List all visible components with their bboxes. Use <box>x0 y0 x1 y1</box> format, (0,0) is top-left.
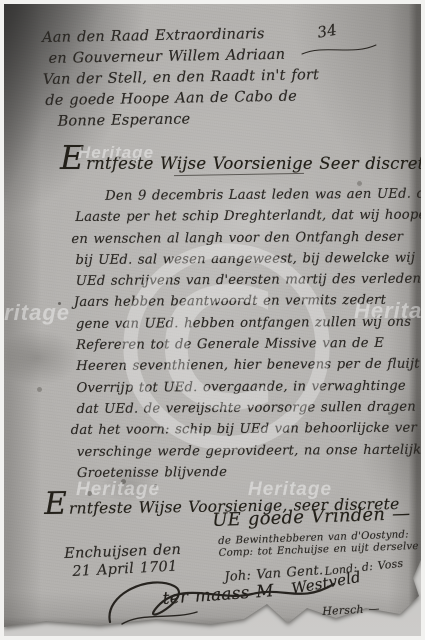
text-line: bij UEd. sal wesen aangeweest, bij dewel… <box>75 247 421 271</box>
text-line: verschinge werde geprovideert, na onse h… <box>77 439 421 463</box>
text-line: UEd schrijvens van d'eersten martij des … <box>76 269 421 293</box>
text-line: dat UEd. de vereijschte voorsorge sullen… <box>76 396 421 420</box>
body-text-block: Den 9 decembris Laast leden was aen UEd.… <box>75 183 421 484</box>
text-line: en wenschen al langh voor den Ontfangh d… <box>71 226 421 250</box>
text-line: Den 9 decembris Laast leden was aen UEd.… <box>105 183 421 207</box>
document-photo-page: { "folio_number": "34", "address_lines":… <box>0 0 425 640</box>
paper-specks <box>58 302 61 305</box>
text-line: dat het voorn: schip bij UEd van behoorl… <box>71 418 421 442</box>
text-line: Refereren tot de Generale Missive van de… <box>76 332 421 356</box>
photo-frame: Aan den Raad Extraordinarisen Gouverneur… <box>4 4 421 636</box>
folio-flourish <box>300 40 380 62</box>
salutation-heading: Erntfeste Wijse Voorsienige Seer discret… <box>60 138 421 177</box>
text-line: Jaars hebben beantwoordt en vermits zede… <box>74 290 421 314</box>
folio-number: 34 <box>316 21 338 42</box>
address-block: Aan den Raad Extraordinarisen Gouverneur… <box>42 23 320 133</box>
text-line: gene van UEd. hebben ontfangen zullen wi… <box>76 311 421 335</box>
text-line: Overrijp tot UEd. overgaande, in verwagh… <box>76 375 421 399</box>
text-line: Laaste per het schip Dreghterlandt, dat … <box>75 205 421 229</box>
text-line: Heeren seventhienen, hier benevens per d… <box>76 354 421 378</box>
signature-flourish <box>102 572 352 636</box>
